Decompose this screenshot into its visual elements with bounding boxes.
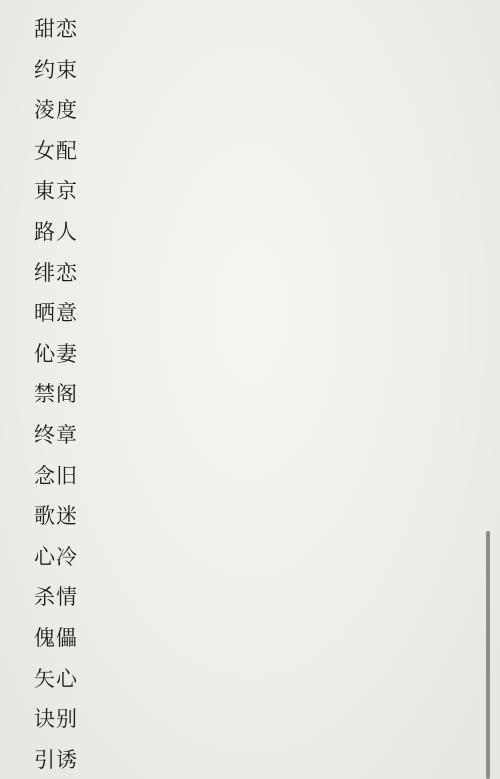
list-item: 東京 [34, 173, 78, 214]
list-item: 晒意 [34, 295, 78, 336]
list-item: 约束 [34, 52, 78, 93]
list-item: 淩度 [34, 92, 78, 133]
list-item: 引诱 [34, 742, 78, 779]
list-item: 伈妻 [34, 336, 78, 377]
word-list: 甜恋 约束 淩度 女配 東京 路人 绯恋 晒意 伈妻 禁阁 终章 念旧 歌迷 心… [34, 11, 78, 779]
list-item: 歌迷 [34, 498, 78, 539]
list-item: 杀情 [34, 579, 78, 620]
list-item: 终章 [34, 417, 78, 458]
list-item: 绯恋 [34, 255, 78, 296]
list-item: 禁阁 [34, 376, 78, 417]
list-item: 甜恋 [34, 11, 78, 52]
list-item: 傀儡 [34, 620, 78, 661]
list-item: 诀别 [34, 701, 78, 742]
scrollbar-thumb[interactable] [486, 531, 490, 779]
list-item: 念旧 [34, 458, 78, 499]
list-item: 女配 [34, 133, 78, 174]
list-item: 矢心 [34, 661, 78, 702]
list-item: 路人 [34, 214, 78, 255]
list-item: 心冷 [34, 539, 78, 580]
